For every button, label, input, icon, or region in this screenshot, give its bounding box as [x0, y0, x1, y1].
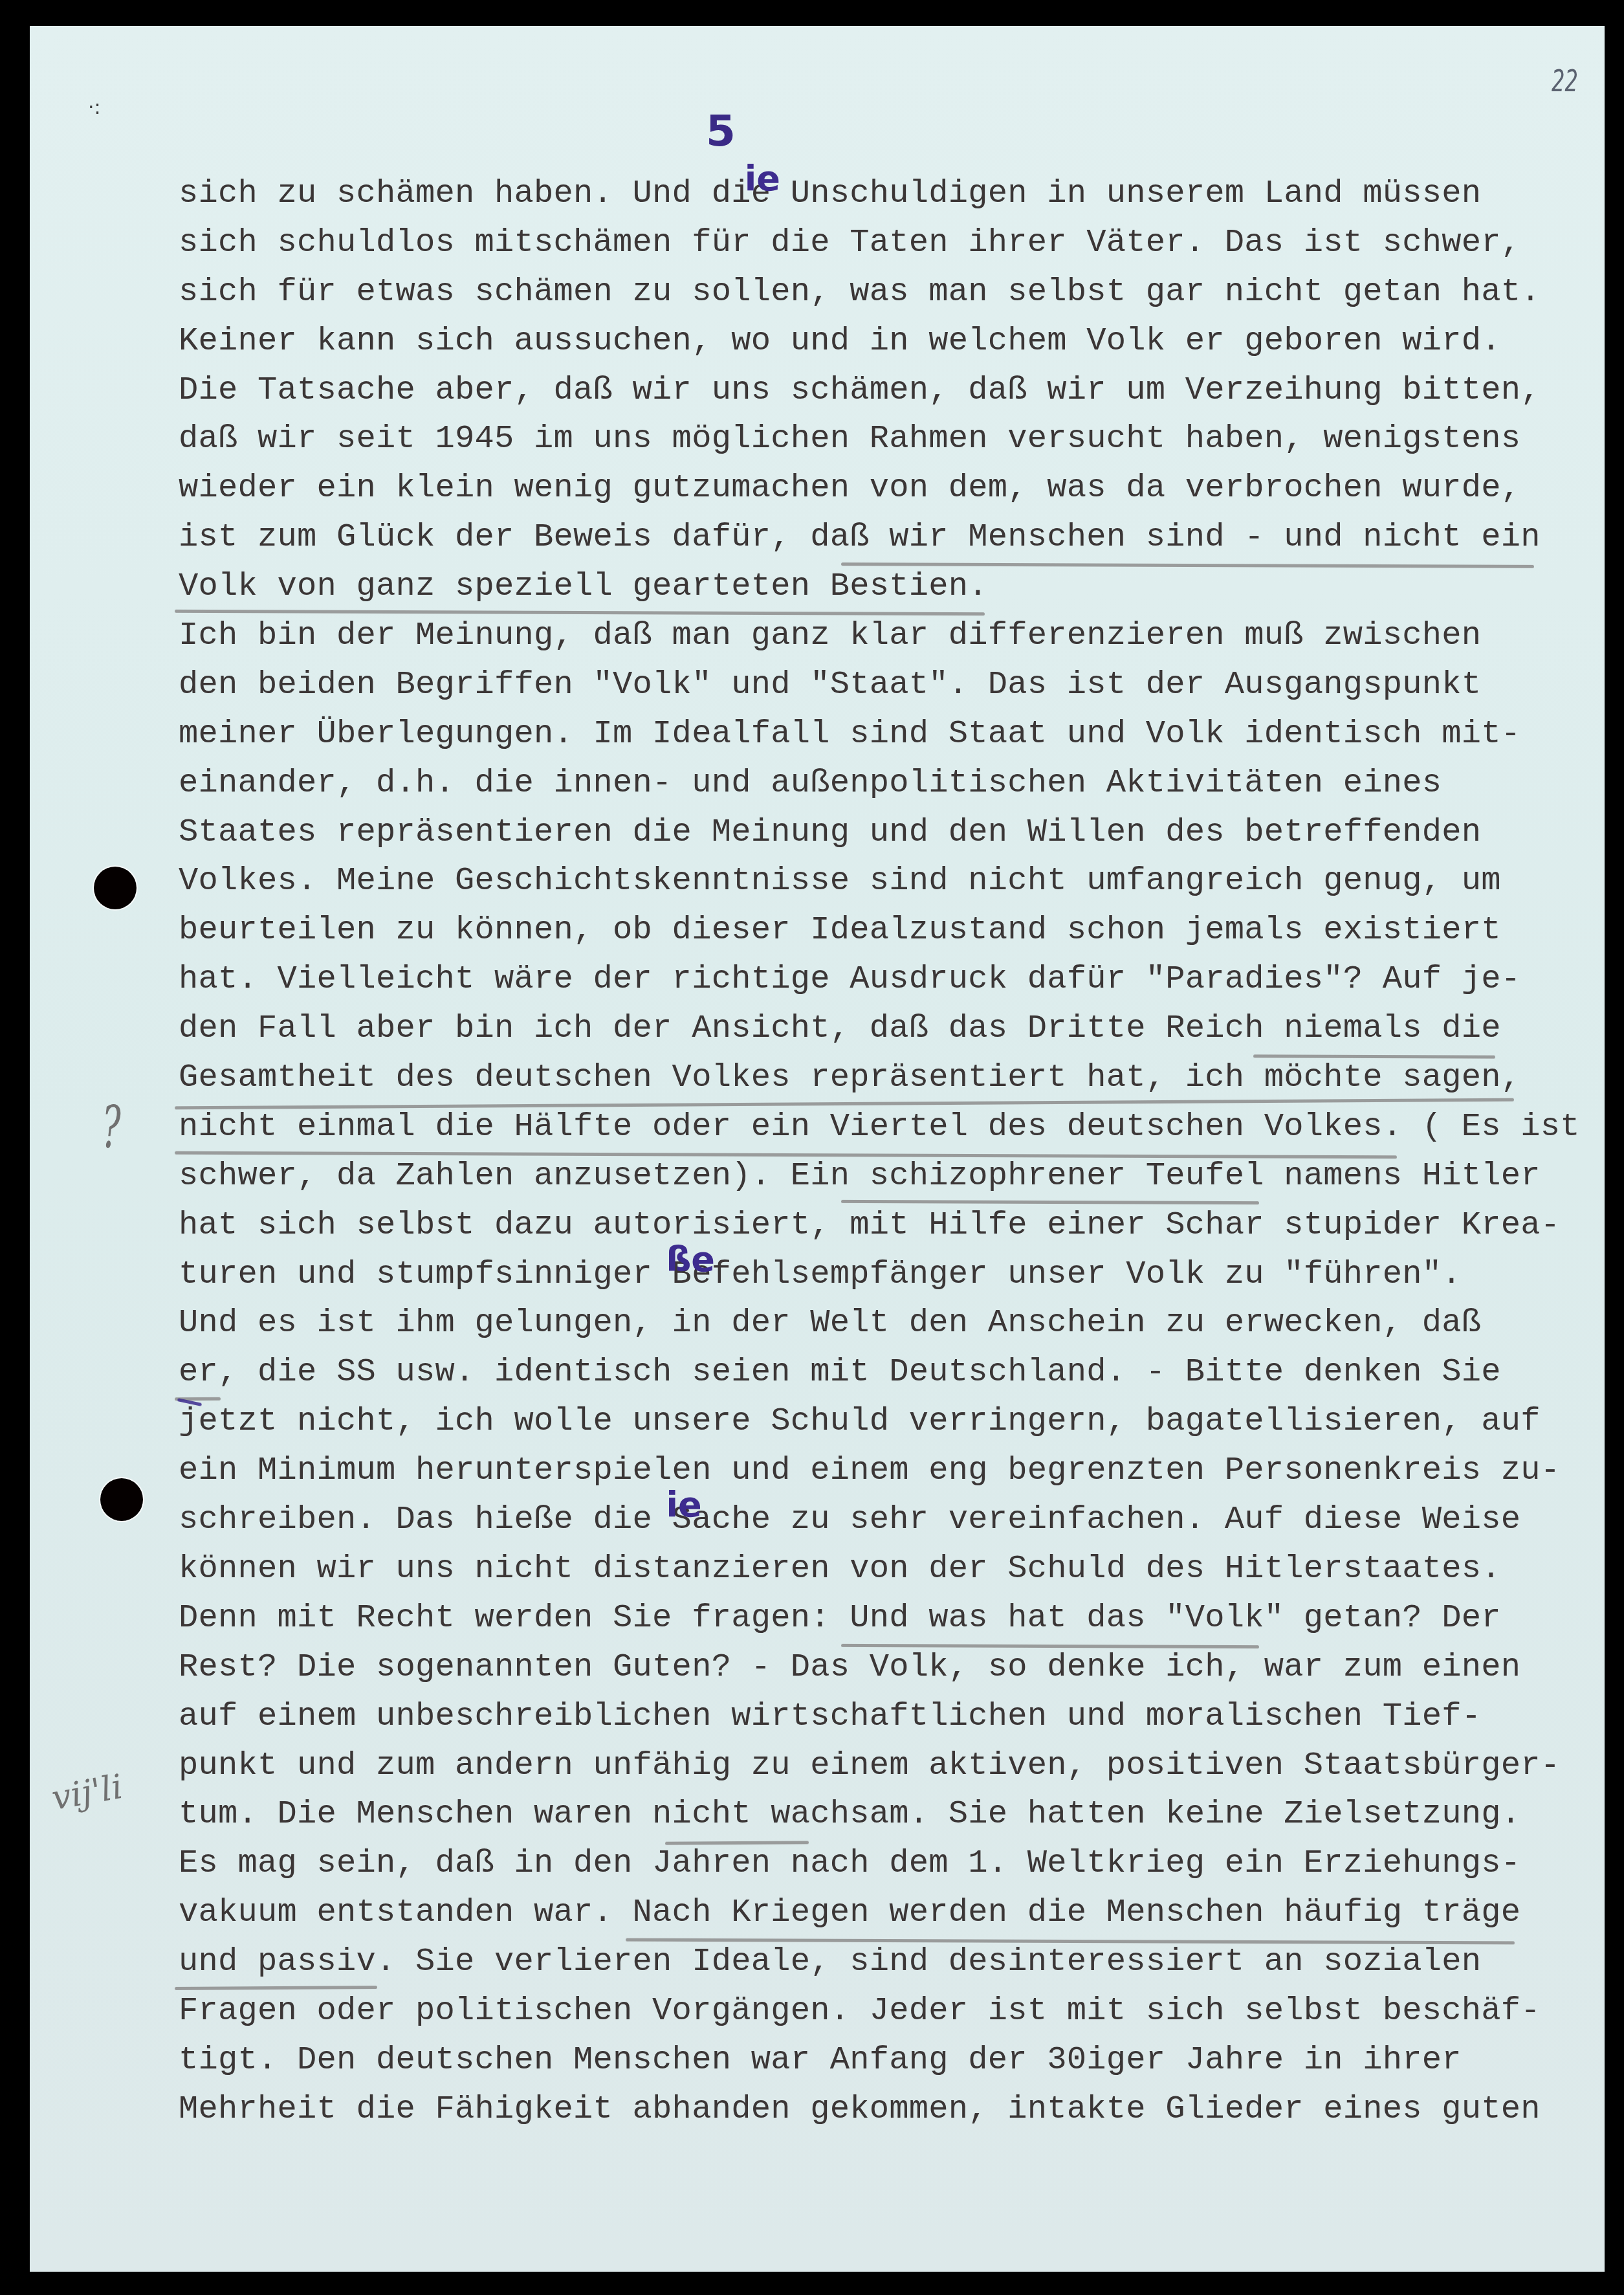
pencil-underline — [664, 1841, 808, 1845]
text-line: schwer, da Zahlen anzusetzen). Ein schiz… — [179, 1152, 1580, 1201]
text-line: können wir uns nicht distanzieren von de… — [179, 1545, 1580, 1594]
text-line: Denn mit Recht werden Sie fragen: Und wa… — [179, 1594, 1580, 1643]
text-line: jetzt nicht, ich wolle unsere Schuld ver… — [179, 1397, 1580, 1447]
text-line: turen und stumpfsinniger Befehlsempfänge… — [179, 1250, 1580, 1300]
text-line: nicht einmal die Hälfte oder ein Viertel… — [179, 1103, 1580, 1152]
text-line: Gesamtheit des deutschen Volkes repräsen… — [179, 1054, 1580, 1103]
text-line: Ich bin der Meinung, daß man ganz klar d… — [179, 612, 1580, 661]
text-line: ist zum Glück der Beweis dafür, daß wir … — [179, 513, 1580, 562]
text-line: daß wir seit 1945 im uns möglichen Rahme… — [179, 415, 1580, 464]
text-line: wieder ein klein wenig gutzumachen von d… — [179, 464, 1580, 513]
margin-question-mark: ? — [102, 1094, 121, 1162]
text-line: sich zu schämen haben. Und die Unschuldi… — [179, 170, 1580, 219]
text-line: schreiben. Das hieße die Sache zu sehr v… — [179, 1496, 1580, 1545]
handwritten-folio-mark: 5 — [706, 106, 736, 156]
pen-correction: ße — [666, 1239, 715, 1280]
text-line: Es mag sein, daß in den Jahren nach dem … — [179, 1839, 1580, 1889]
text-line: Die Tatsache aber, daß wir uns schämen, … — [179, 366, 1580, 416]
text-line: Keiner kann sich aussuchen, wo und in we… — [179, 317, 1580, 366]
page-number: 22 — [1552, 63, 1578, 98]
text-line: den beiden Begriffen "Volk" und "Staat".… — [179, 661, 1580, 710]
text-line: punkt und zum andern unfähig zu einem ak… — [179, 1742, 1580, 1791]
text-line: auf einem unbeschreiblichen wirtschaftli… — [179, 1692, 1580, 1742]
text-line: hat. Vielleicht wäre der richtige Ausdru… — [179, 955, 1580, 1004]
text-line: tigt. Den deutschen Menschen war Anfang … — [179, 2036, 1580, 2085]
text-line: vakuum entstanden war. Nach Kriegen werd… — [179, 1889, 1580, 1938]
text-line: Rest? Die sogenannten Guten? - Das Volk,… — [179, 1643, 1580, 1692]
text-line: und passiv. Sie verlieren Ideale, sind d… — [179, 1938, 1580, 1987]
text-line: Staates repräsentieren die Meinung und d… — [179, 808, 1580, 858]
text-line: meiner Überlegungen. Im Idealfall sind S… — [179, 710, 1580, 759]
text-line: Mehrheit die Fähigkeit abhanden gekommen… — [179, 2085, 1580, 2134]
punch-hole-top — [94, 867, 137, 909]
text-line: den Fall aber bin ich der Ansicht, daß d… — [179, 1004, 1580, 1054]
corner-marks: ·: — [88, 98, 101, 118]
text-line: Volk von ganz speziell gearteten Bestien… — [179, 562, 1580, 612]
text-line: sich für etwas schämen zu sollen, was ma… — [179, 268, 1580, 317]
text-line: beurteilen zu können, ob dieser Idealzus… — [179, 906, 1580, 955]
pen-correction: ie — [666, 1484, 702, 1525]
text-line: Fragen oder politischen Vorgängen. Jeder… — [179, 1987, 1580, 2036]
text-line: tum. Die Menschen waren nicht wachsam. S… — [179, 1790, 1580, 1839]
text-line: ein Minimum herunterspielen und einem en… — [179, 1447, 1580, 1496]
text-line: einander, d.h. die innen- und außenpolit… — [179, 759, 1580, 808]
text-line: sich schuldlos mitschämen für die Taten … — [179, 219, 1580, 268]
text-line: Und es ist ihm gelungen, in der Welt den… — [179, 1299, 1580, 1348]
text-line: hat sich selbst dazu autorisiert, mit Hi… — [179, 1201, 1580, 1250]
pen-correction: ie — [745, 158, 780, 199]
text-line: Volkes. Meine Geschichtskenntnisse sind … — [179, 857, 1580, 906]
text-line: er, die SS usw. identisch seien mit Deut… — [179, 1348, 1580, 1397]
punch-hole-bottom — [100, 1478, 143, 1521]
